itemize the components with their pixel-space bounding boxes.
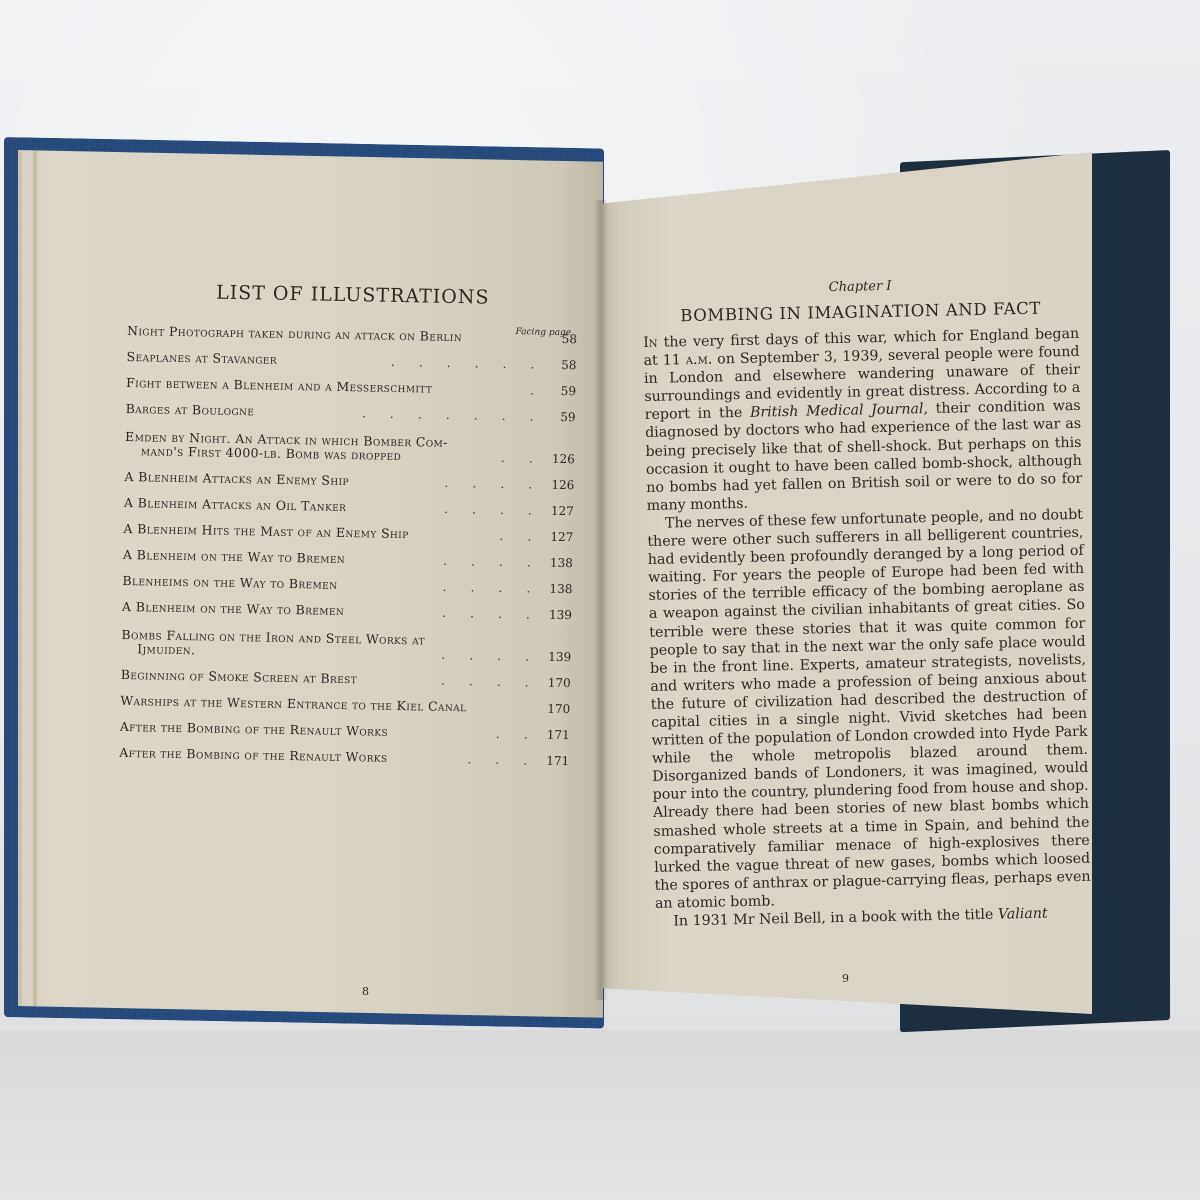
leader-dots: . .	[496, 727, 538, 742]
book-gutter	[594, 200, 608, 1000]
leader-dots: . . . .	[444, 476, 542, 492]
leader-dots: . . . .	[443, 554, 541, 570]
page-number-right: 9	[842, 972, 849, 985]
page-number-left: 8	[362, 985, 369, 998]
leader-dots: . . . .	[444, 502, 542, 518]
paragraph: In the very first days of this war, whic…	[643, 325, 1083, 515]
paragraph: The nerves of these few unfortunate peop…	[647, 506, 1091, 913]
leader-dots: . . . .	[442, 580, 540, 596]
journal-title: British Medical Journal	[750, 402, 924, 422]
illustration-entry: Bombs Falling on the Iron and Steel Work…	[121, 614, 572, 664]
leader-dots: . .	[499, 529, 541, 544]
facing-page-label: Facing page	[515, 327, 571, 338]
leader-dots: . . . . . .	[391, 355, 545, 372]
leader-dots: .	[530, 383, 544, 397]
book-title: Valiant	[998, 906, 1048, 923]
leader-dots: . . . .	[441, 674, 539, 690]
chapter-title: BOMBING IN IMAGINATION AND FACT	[642, 298, 1078, 326]
leader-dots: . . .	[467, 752, 537, 767]
table-surface	[0, 1030, 1200, 1200]
page-edge-stain	[32, 150, 38, 1006]
leader-dots: . . . .	[441, 648, 539, 664]
illustration-entry: Emden by Night. An Attack in which Bombe…	[125, 416, 576, 466]
list-of-illustrations: LIST OF ILLUSTRATIONS Facing page Night …	[119, 280, 578, 768]
leader-dots: . .	[501, 451, 543, 466]
chapter-text: Chapter I BOMBING IN IMAGINATION AND FAC…	[642, 275, 1091, 931]
leader-dots: . . . .	[442, 606, 540, 622]
